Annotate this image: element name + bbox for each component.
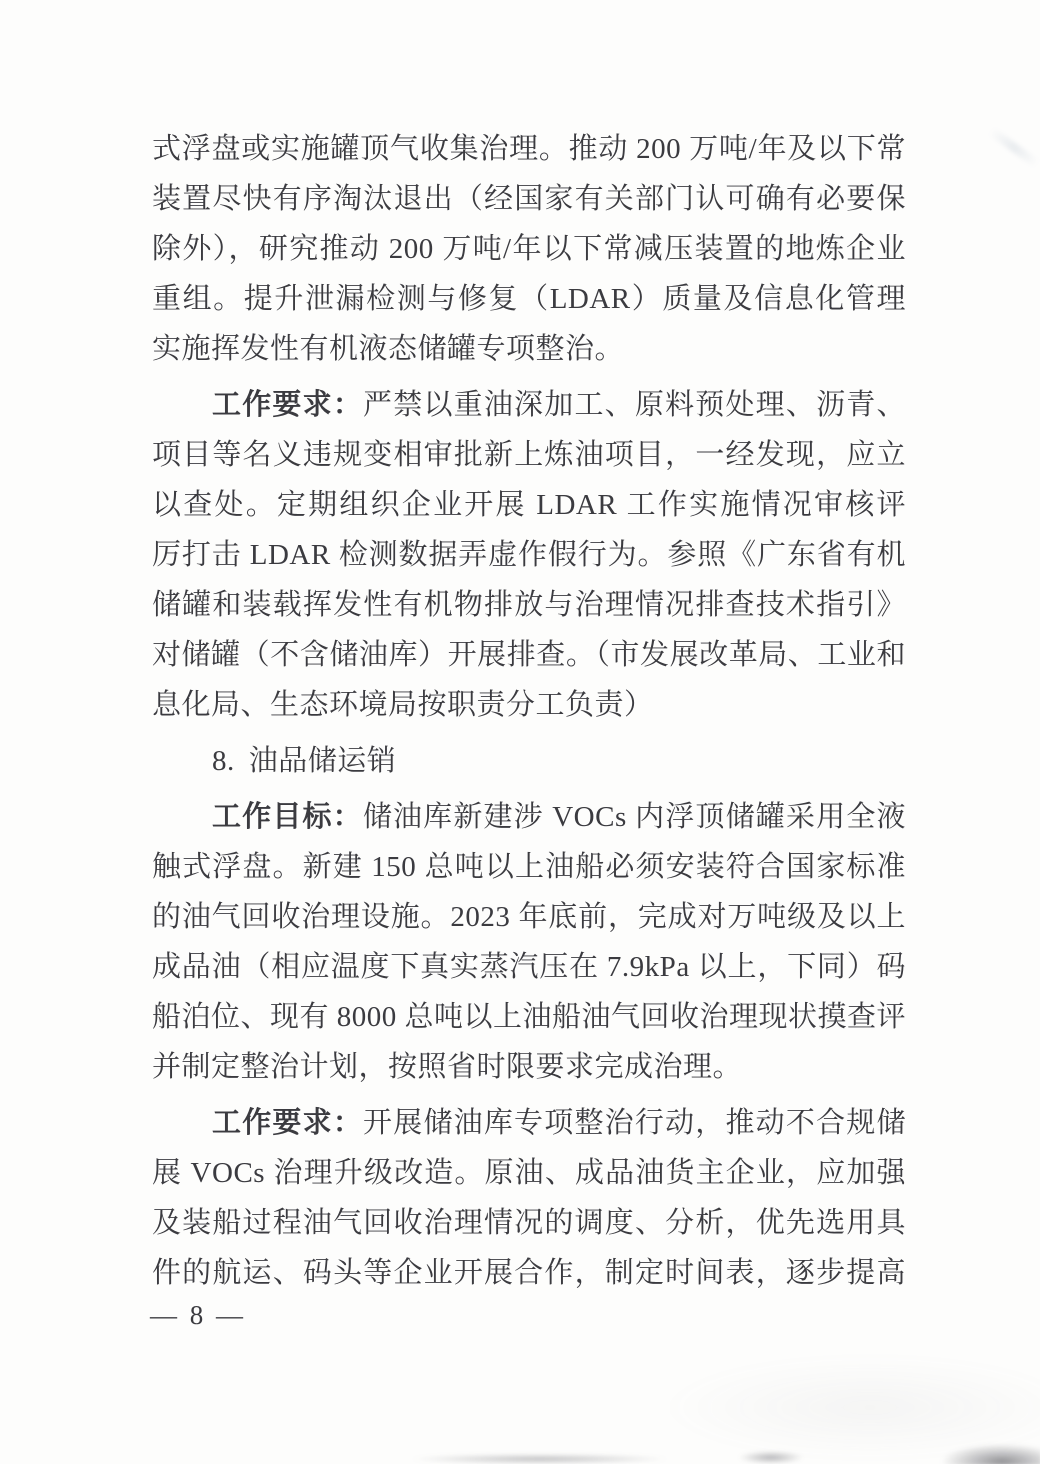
document-text: 式浮盘或实施罐顶气收集治理。推动 200 万吨/年及以下常减压装置尽快有序淘汰退… bbox=[152, 124, 906, 1298]
bold-lead-label: 工作要求： bbox=[212, 1107, 363, 1139]
text-line: 重组。提升泄漏检测与修复（LDAR）质量及信息化管理水平。 bbox=[152, 274, 906, 324]
text-segment: 息化局、生态环境局按职责分工负责） bbox=[152, 689, 654, 721]
text-segment: 重组。提升泄漏检测与修复（LDAR）质量及信息化管理水平。 bbox=[152, 283, 906, 324]
text-segment: 的油气回收治理设施。2023 年底前，完成对万吨级及以上原油、 bbox=[152, 901, 906, 942]
text-segment: 展 VOCs 治理升级改造。原油、成品油货主企业，应加强运输 bbox=[152, 1157, 906, 1198]
text-line: 工作要求：严禁以重油深加工、原料预处理、沥青、化工 bbox=[152, 380, 906, 430]
scan-artifact-smudge bbox=[942, 1444, 1040, 1464]
text-line: 工作目标：储油库新建涉 VOCs 内浮顶储罐采用全液面接 bbox=[152, 792, 906, 842]
text-line: 的油气回收治理设施。2023 年底前，完成对万吨级及以上原油、 bbox=[152, 892, 906, 942]
text-line: 成品油（相应温度下真实蒸汽压在 7.9kPa 以上，下同）码头装 bbox=[152, 942, 906, 992]
text-segment: 成品油（相应温度下真实蒸汽压在 7.9kPa 以上，下同）码头装 bbox=[152, 951, 906, 992]
text-line: 及装船过程油气回收治理情况的调度、分析，优先选用具备条 bbox=[152, 1198, 906, 1248]
text-line: 厉打击 LDAR 检测数据弄虚作假行为。参照《广东省有机液体 bbox=[152, 530, 906, 580]
bold-lead-label: 工作要求： bbox=[212, 389, 363, 421]
scan-artifact-smudge bbox=[412, 1454, 667, 1464]
text-line: 项目等名义违规变相审批新上炼油项目，一经发现，应立即予 bbox=[152, 430, 906, 480]
text-segment: 式浮盘或实施罐顶气收集治理。推动 200 万吨/年及以下常减压 bbox=[152, 133, 906, 174]
text-line: 装置尽快有序淘汰退出（经国家有关部门认可确有必要保留的 bbox=[152, 174, 906, 224]
text-segment: 装置尽快有序淘汰退出（经国家有关部门认可确有必要保留的 bbox=[152, 183, 906, 224]
text-line: 以查处。定期组织企业开展 LDAR 工作实施情况审核评估，严 bbox=[152, 480, 906, 530]
text-line: 对储罐（不含储油库）开展排查。（市发展改革局、工业和信 bbox=[152, 630, 906, 680]
scanned-document-page: 式浮盘或实施罐顶气收集治理。推动 200 万吨/年及以下常减压装置尽快有序淘汰退… bbox=[0, 0, 1040, 1464]
text-line: 8.油品储运销 bbox=[152, 736, 906, 786]
text-segment: 8. bbox=[212, 745, 235, 777]
text-line: 展 VOCs 治理升级改造。原油、成品油货主企业，应加强运输 bbox=[152, 1148, 906, 1198]
text-segment: 及装船过程油气回收治理情况的调度、分析，优先选用具备条 bbox=[152, 1207, 906, 1248]
scan-artifact-shadow bbox=[660, 1355, 1040, 1460]
para-work-requirements-refining: 工作要求：严禁以重油深加工、原料预处理、沥青、化工项目等名义违规变相审批新上炼油… bbox=[152, 380, 906, 730]
text-line: 除外），研究推动 200 万吨/年以下常减压装置的地炼企业整合 bbox=[152, 224, 906, 274]
text-line: 工作要求：开展储油库专项整治行动，推动不合规储罐开 bbox=[152, 1098, 906, 1148]
text-line: 船泊位、现有 8000 总吨以上油船油气回收治理现状摸查评估， bbox=[152, 992, 906, 1042]
text-segment: 实施挥发性有机液态储罐专项整治。 bbox=[152, 333, 624, 365]
text-line: 并制定整治计划，按照省时限要求完成治理。 bbox=[152, 1042, 906, 1092]
text-segment: 触式浮盘。新建 150 总吨以上油船必须安装符合国家标准要求 bbox=[152, 851, 906, 892]
text-segment: 储罐和装载挥发性有机物排放与治理情况排查技术指引》要求 bbox=[152, 589, 906, 630]
text-segment: 厉打击 LDAR 检测数据弄虚作假行为。参照《广东省有机液体 bbox=[152, 539, 906, 580]
text-line: 件的航运、码头等企业开展合作，制定时间表，逐步提高油气 bbox=[152, 1248, 906, 1298]
text-segment: 项目等名义违规变相审批新上炼油项目，一经发现，应立即予 bbox=[152, 439, 906, 480]
page-number: — 8 — bbox=[150, 1298, 246, 1332]
text-segment: 以查处。定期组织企业开展 LDAR 工作实施情况审核评估，严 bbox=[152, 489, 906, 530]
text-segment: 船泊位、现有 8000 总吨以上油船油气回收治理现状摸查评估， bbox=[152, 1001, 906, 1042]
text-segment: 并制定整治计划，按照省时限要求完成治理。 bbox=[152, 1051, 742, 1083]
text-segment: 油品储运销 bbox=[249, 745, 397, 777]
text-segment: 件的航运、码头等企业开展合作，制定时间表，逐步提高油气 bbox=[152, 1257, 906, 1298]
text-line: 息化局、生态环境局按职责分工负责） bbox=[152, 680, 906, 730]
text-line: 储罐和装载挥发性有机物排放与治理情况排查技术指引》要求 bbox=[152, 580, 906, 630]
heading-item-8-oil-storage: 8.油品储运销 bbox=[152, 736, 906, 786]
text-line: 式浮盘或实施罐顶气收集治理。推动 200 万吨/年及以下常减压 bbox=[152, 124, 906, 174]
para-work-requirements-oil-depot: 工作要求：开展储油库专项整治行动，推动不合规储罐开展 VOCs 治理升级改造。原… bbox=[152, 1098, 906, 1298]
text-line: 实施挥发性有机液态储罐专项整治。 bbox=[152, 324, 906, 374]
para-tank-continuation: 式浮盘或实施罐顶气收集治理。推动 200 万吨/年及以下常减压装置尽快有序淘汰退… bbox=[152, 124, 906, 374]
para-work-goals-oil-depot: 工作目标：储油库新建涉 VOCs 内浮顶储罐采用全液面接触式浮盘。新建 150 … bbox=[152, 792, 906, 1092]
bold-lead-label: 工作目标： bbox=[212, 801, 363, 833]
text-segment: 除外），研究推动 200 万吨/年以下常减压装置的地炼企业整合 bbox=[152, 233, 906, 274]
text-segment: 对储罐（不含储油库）开展排查。（市发展改革局、工业和信 bbox=[152, 639, 906, 680]
scan-artifact-streak bbox=[988, 127, 1040, 168]
text-line: 触式浮盘。新建 150 总吨以上油船必须安装符合国家标准要求 bbox=[152, 842, 906, 892]
scan-artifact-smudge bbox=[738, 1451, 804, 1464]
